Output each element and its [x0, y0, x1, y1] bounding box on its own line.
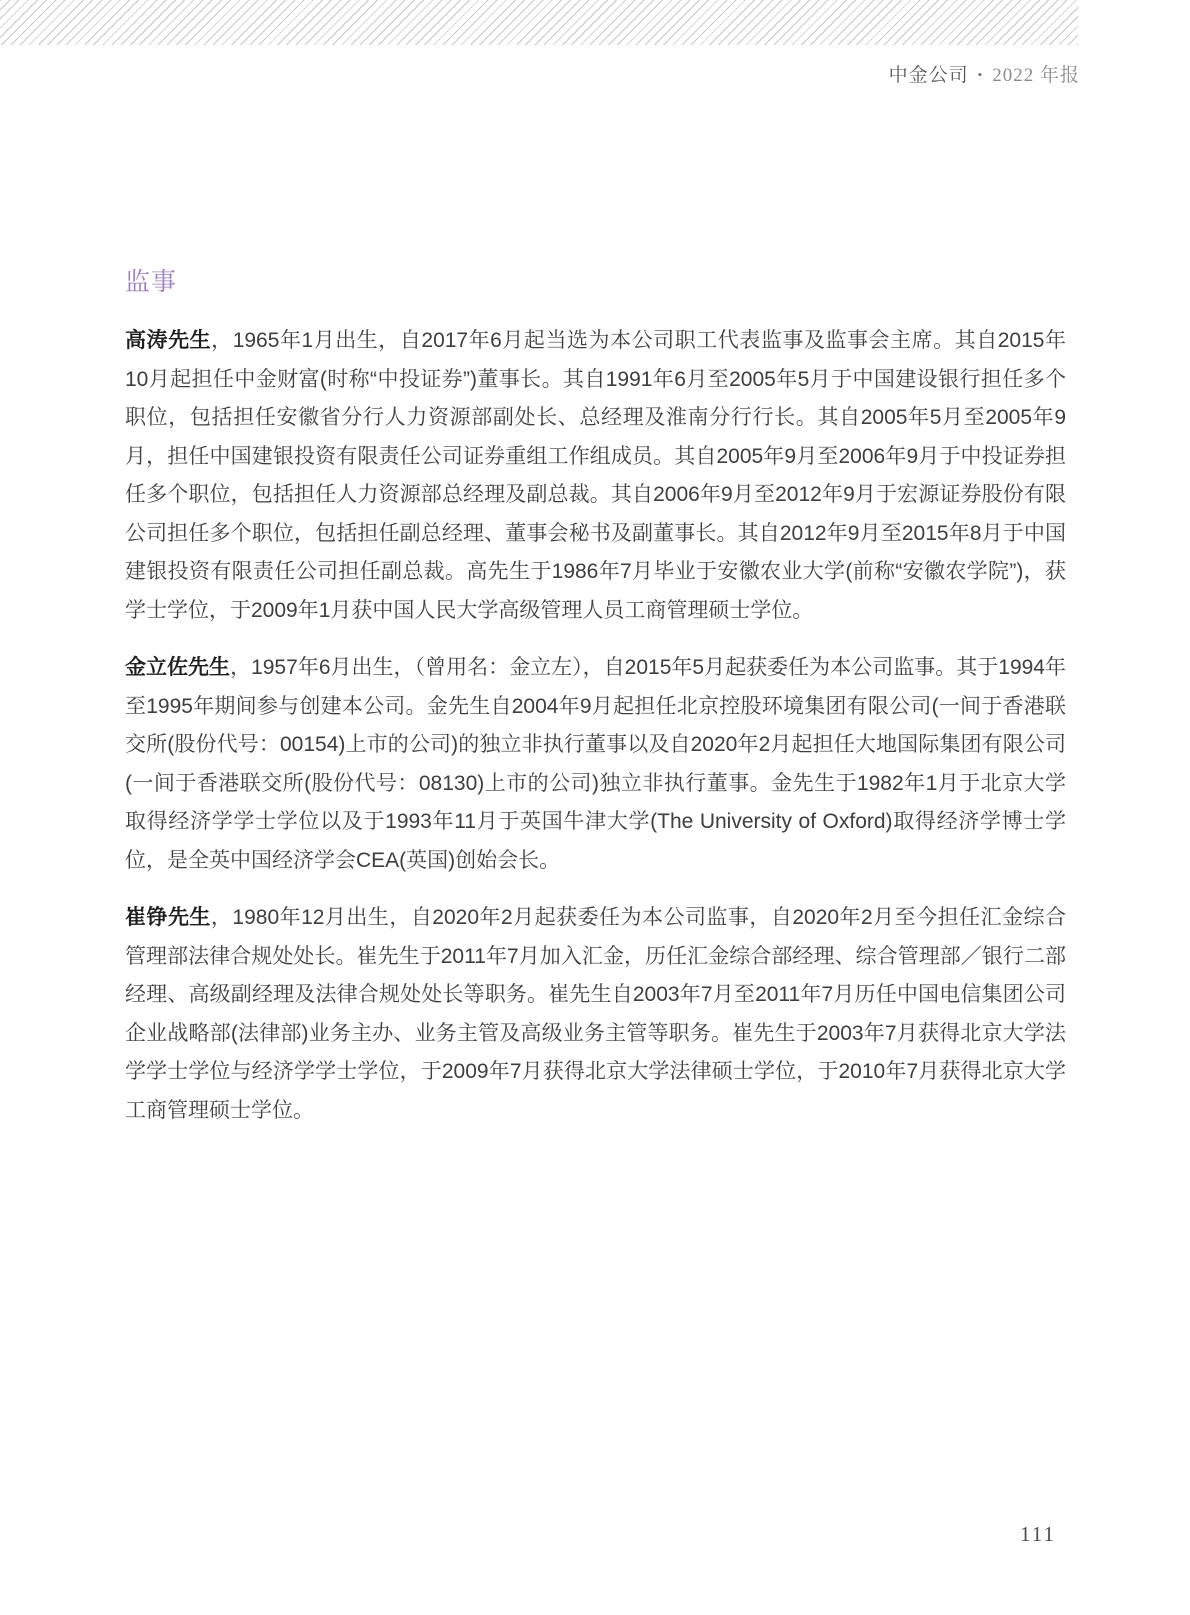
- page-number: 111: [953, 1522, 1123, 1547]
- supervisor-bio-text: ，1957年6月出生，（曾用名：金立左），自2015年5月起获委任为本公司监事。…: [125, 656, 1066, 872]
- running-header: 中金公司•2022 年报: [0, 60, 1080, 87]
- report-edition: 2022 年报: [992, 65, 1080, 86]
- supervisor-name: 金立佐先生: [125, 656, 230, 679]
- supervisor-bio-cui-zheng: 崔铮先生，1980年12月出生，自2020年2月起获委任为本公司监事，自2020…: [125, 899, 1066, 1130]
- page-content: 监事 高涛先生，1965年1月出生，自2017年6月起当选为本公司职工代表监事及…: [125, 262, 1066, 1149]
- company-name: 中金公司: [889, 65, 969, 86]
- section-title: 监事: [125, 262, 1066, 298]
- supervisor-bio-gao-tao: 高涛先生，1965年1月出生，自2017年6月起当选为本公司职工代表监事及监事会…: [125, 322, 1066, 630]
- report-page: 中金公司•2022 年报 监事 高涛先生，1965年1月出生，自2017年6月起…: [0, 0, 1190, 1615]
- supervisor-name: 高涛先生: [125, 329, 211, 352]
- hatch-pattern-band: [0, 0, 1078, 45]
- supervisor-bio-jin-lizuo: 金立佐先生，1957年6月出生，（曾用名：金立左），自2015年5月起获委任为本…: [125, 649, 1066, 880]
- supervisor-bio-text: ，1980年12月出生，自2020年2月起获委任为本公司监事，自2020年2月至…: [125, 906, 1066, 1122]
- bullet-separator: •: [978, 67, 984, 83]
- supervisor-name: 崔铮先生: [125, 906, 211, 929]
- supervisor-bio-text: ，1965年1月出生，自2017年6月起当选为本公司职工代表监事及监事会主席。其…: [125, 329, 1066, 622]
